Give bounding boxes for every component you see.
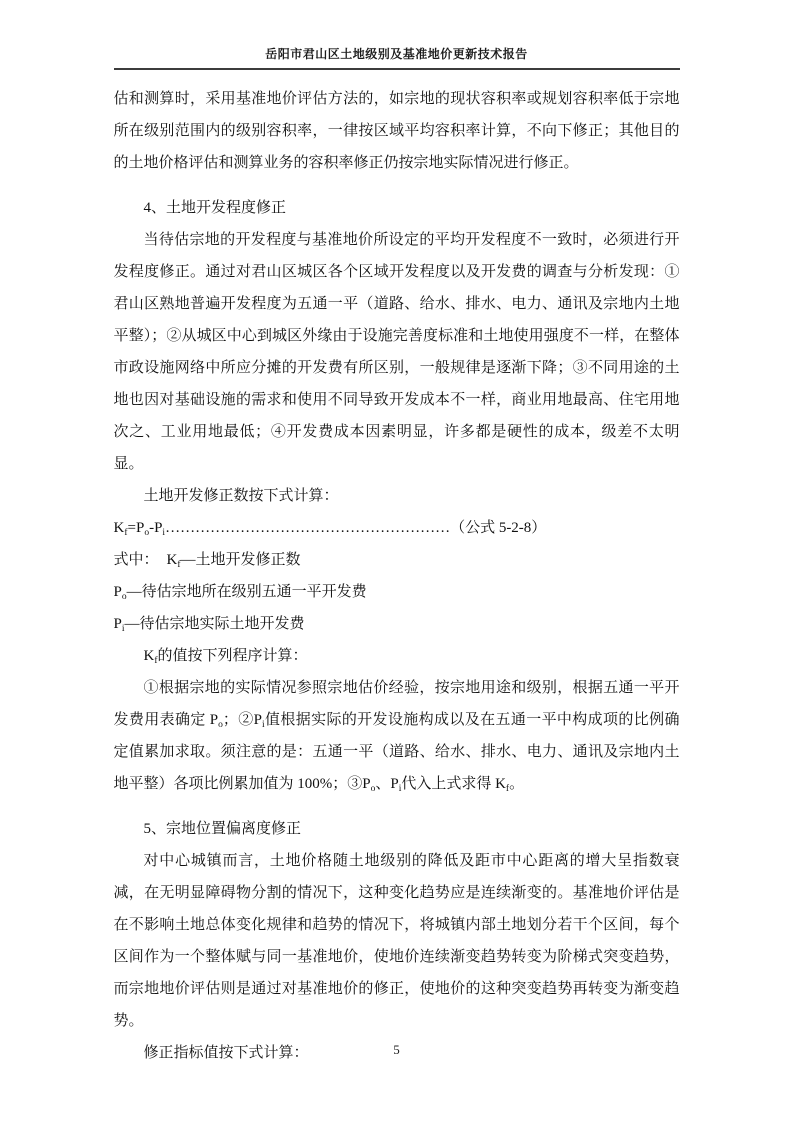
page-number: 5 [0, 1042, 793, 1058]
heading-section-4-land-development-correction: 4、土地开发程度修正 [114, 192, 680, 224]
paragraph-development-degree: 当待估宗地的开发程度与基准地价所设定的平均开发程度不一致时，必须进行开发程度修正… [114, 224, 680, 480]
paragraph-volume-ratio-correction: 估和测算时，采用基准地价评估方法的，如宗地的现状容积率或规划容积率低于宗地所在级… [114, 83, 680, 179]
header-title: 岳阳市君山区土地级别及基准地价更新技术报告 [0, 0, 793, 62]
formula-where-line: 式中：Kf—土地开发修正数 [114, 544, 680, 576]
formula-intro: 土地开发修正数按下式计算： [114, 480, 680, 512]
formula-expression: Kf=Po-Pi [114, 520, 166, 536]
formula-equation-label: （公式 5-2-8） [450, 520, 546, 536]
formula-kf-line: Kf=Po-Pi…………………………………………………（公式 5-2-8） [114, 512, 680, 544]
document-body: 估和测算时，采用基准地价评估方法的，如宗地的现状容积率或规划容积率低于宗地所在级… [114, 70, 680, 1069]
heading-section-5-location-deviation-correction: 5、宗地位置偏离度修正 [114, 813, 680, 845]
formula-dot-leader: ………………………………………………… [165, 520, 450, 536]
paragraph-location-deviation: 对中心城镇而言，土地价格随土地级别的降低及距市中心距离的增大呈指数衰减，在无明显… [114, 845, 680, 1037]
document-header: 岳阳市君山区土地级别及基准地价更新技术报告 [0, 0, 793, 70]
kf-procedure-intro: Kf的值按下列程序计算： [114, 640, 680, 672]
definition-pi: Pi—待估宗地实际土地开发费 [114, 608, 680, 640]
paragraph-procedure-steps: ①根据宗地的实际情况参照宗地估价经验，按宗地用途和级别，根据五通一平开发费用表确… [114, 672, 680, 800]
definition-kf: Kf—土地开发修正数 [167, 552, 301, 568]
document-page: 岳阳市君山区土地级别及基准地价更新技术报告 估和测算时，采用基准地价评估方法的，… [0, 0, 793, 1122]
definition-po: Po—待估宗地所在级别五通一平开发费 [114, 576, 680, 608]
where-label: 式中： [114, 552, 159, 568]
